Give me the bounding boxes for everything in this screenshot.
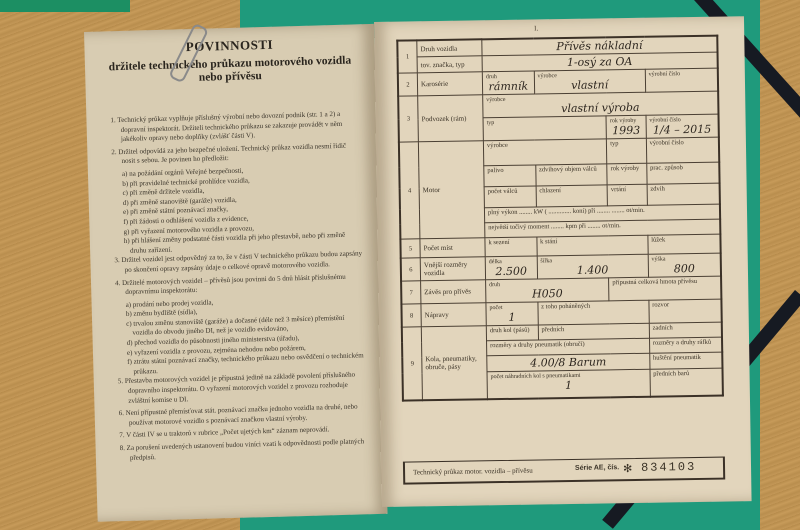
serial-number: 834103 (641, 460, 696, 475)
right-page: I. 1 Druh vozidla Přívěs nákladní tov. z… (374, 16, 752, 507)
left-page: POVINNOSTI držitele technického průkazu … (84, 24, 388, 522)
rule-item: 5. Přestavba motorových vozidel je přípu… (118, 371, 367, 407)
rule-item: 6. Není přípustné přemísťovat stát. pozn… (119, 402, 367, 428)
vehicle-form: 1 Druh vozidla Přívěs nákladní tov. znač… (396, 35, 724, 402)
form-footer: Technický průkaz motor. vozidla – přívěs… (403, 457, 725, 485)
rule-item: 8. Za porušení uvedených ustanovení budo… (120, 437, 368, 463)
rule-item: 2. Držitel odpovídá za jeho bezpečné ulo… (111, 141, 359, 167)
green-folder-edge (0, 0, 130, 12)
duties-title: POVINNOSTI držitele technického průkazu … (84, 34, 375, 87)
rule-item: 1. Technický průkaz vyplňuje příslušný v… (110, 109, 359, 145)
page-number: I. (534, 24, 538, 32)
star-icon: ✻ (623, 462, 632, 475)
rule-item: 4. Držitelé motorových vozidel – přívěsů… (115, 272, 363, 298)
rules-list: 1. Technický průkaz vyplňuje příslušný v… (110, 109, 368, 463)
